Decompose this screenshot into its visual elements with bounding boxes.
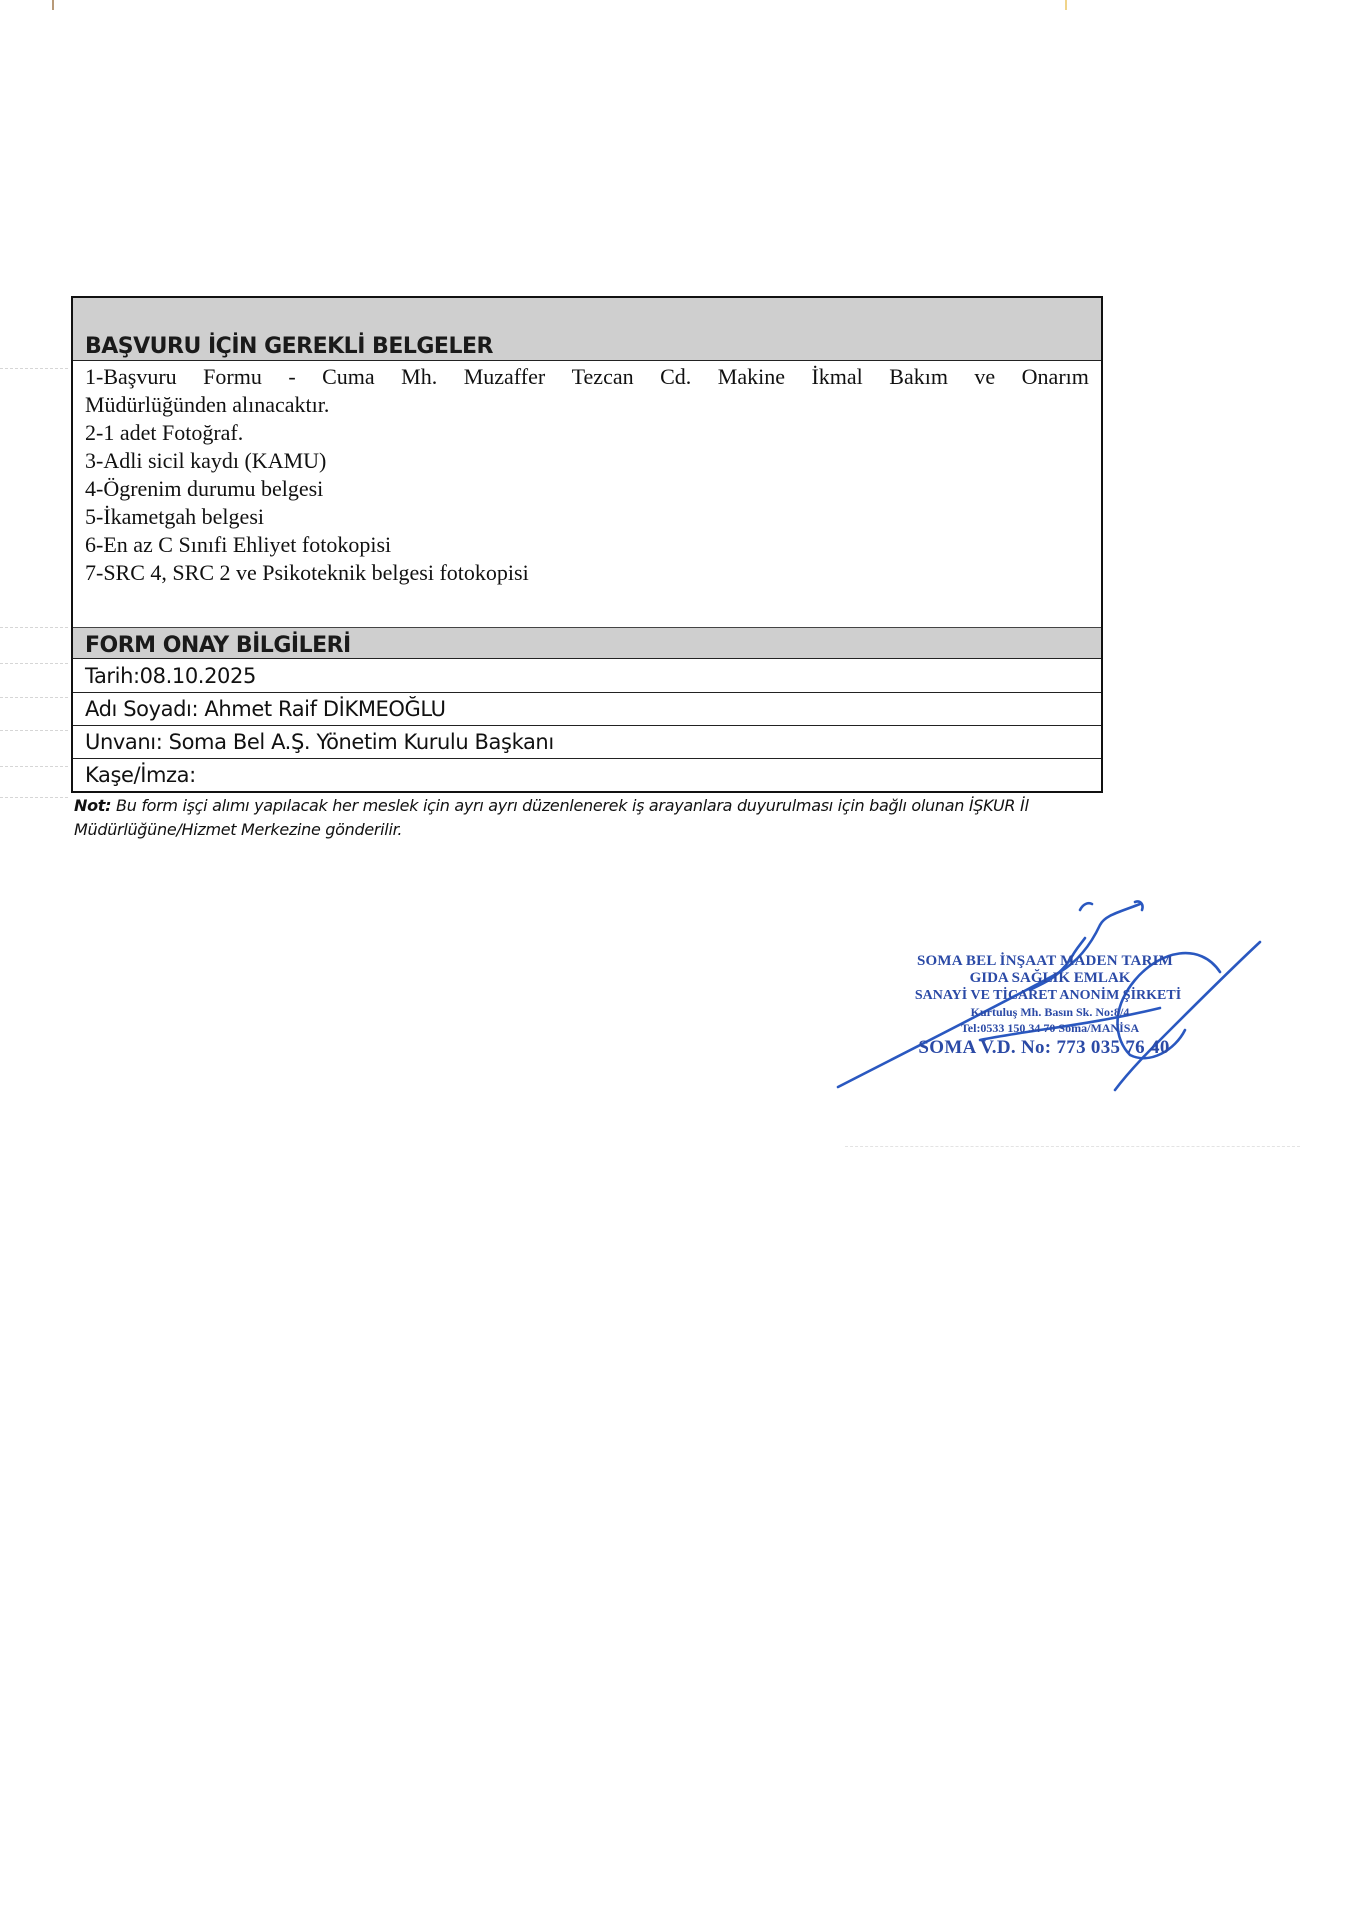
word: - bbox=[288, 363, 295, 391]
word: Bakım bbox=[889, 363, 948, 391]
stamp-line: GIDA SAĞLIK EMLAK bbox=[880, 970, 1220, 987]
word: Onarım bbox=[1022, 363, 1089, 391]
word: Makine bbox=[718, 363, 785, 391]
scan-artifact-line bbox=[0, 766, 68, 767]
list-item: 4-Ögrenim durumu belgesi bbox=[85, 475, 1089, 503]
scan-artifact-line bbox=[0, 627, 68, 628]
footnote-text: Bu form işçi alımı yapılacak her meslek … bbox=[111, 796, 1028, 815]
word: İkmal bbox=[811, 363, 862, 391]
required-documents-list: 1-Başvuru Formu - Cuma Mh. Muzaffer Tezc… bbox=[73, 361, 1101, 627]
footnote-line: Not: Bu form işçi alımı yapılacak her me… bbox=[74, 794, 1164, 818]
list-item: 7-SRC 4, SRC 2 ve Psikoteknik belgesi fo… bbox=[85, 559, 1089, 587]
name-value: Adı Soyadı: Ahmet Raif DİKMEOĞLU bbox=[85, 697, 446, 721]
section-title: BAŞVURU İÇİN GEREKLİ BELGELER bbox=[85, 334, 493, 359]
footnote-line: Müdürlüğüne/Hizmet Merkezine gönderilir. bbox=[74, 818, 1164, 842]
scan-artifact-line bbox=[845, 1146, 1300, 1147]
list-item: 2-1 adet Fotoğraf. bbox=[85, 419, 1089, 447]
scan-mark bbox=[1065, 0, 1067, 10]
scan-mark bbox=[52, 0, 54, 10]
list-item: 1-Başvuru Formu - Cuma Mh. Muzaffer Tezc… bbox=[85, 363, 1089, 391]
stamp-line: SANAYİ VE TİCARET ANONİM ŞİRKETİ bbox=[876, 987, 1220, 1004]
word: ve bbox=[974, 363, 995, 391]
word: Cuma bbox=[322, 363, 375, 391]
word: 1-Başvuru bbox=[85, 363, 177, 391]
footnote-label: Not: bbox=[74, 796, 111, 815]
stamp-line: Kurtuluş Mh. Basın Sk. No:8/4 bbox=[880, 1004, 1220, 1020]
form-approval-heading: FORM ONAY BİLGİLERİ bbox=[73, 627, 1101, 659]
title-value: Unvanı: Soma Bel A.Ş. Yönetim Kurulu Baş… bbox=[85, 730, 554, 754]
list-item-continuation: Müdürlüğünden alınacaktır. bbox=[85, 391, 1089, 419]
date-value: Tarih:08.10.2025 bbox=[85, 664, 256, 688]
required-documents-heading: BAŞVURU İÇİN GEREKLİ BELGELER bbox=[73, 298, 1101, 361]
list-item: 6-En az C Sınıfi Ehliyet fotokopisi bbox=[85, 531, 1089, 559]
title-row: Unvanı: Soma Bel A.Ş. Yönetim Kurulu Baş… bbox=[73, 725, 1101, 758]
stamp-signature-label: Kaşe/İmza: bbox=[85, 763, 196, 787]
word: Tezcan bbox=[572, 363, 634, 391]
footnote: Not: Bu form işçi alımı yapılacak her me… bbox=[74, 794, 1164, 842]
scan-artifact-line bbox=[0, 730, 68, 731]
list-item: 3-Adli sicil kaydı (KAMU) bbox=[85, 447, 1089, 475]
scan-artifact-line bbox=[0, 663, 68, 664]
stamp-line: Tel:0533 150 34 70 Soma/MANİSA bbox=[880, 1020, 1220, 1036]
scan-artifact-line bbox=[0, 797, 68, 798]
form-table: BAŞVURU İÇİN GEREKLİ BELGELER 1-Başvuru … bbox=[71, 296, 1103, 793]
word: Formu bbox=[203, 363, 262, 391]
company-stamp: SOMA BEL İNŞAAT MADEN TARIM GIDA SAĞLIK … bbox=[880, 952, 1220, 1060]
stamp-line: SOMA BEL İNŞAAT MADEN TARIM bbox=[870, 952, 1220, 970]
scan-artifact-line bbox=[0, 368, 68, 369]
word: Cd. bbox=[660, 363, 691, 391]
stamp-tax-number: SOMA V.D. No: 773 035 76 40 bbox=[868, 1036, 1220, 1060]
scan-artifact-line bbox=[0, 697, 68, 698]
list-item: 5-İkametgah belgesi bbox=[85, 503, 1089, 531]
date-row: Tarih:08.10.2025 bbox=[73, 659, 1101, 692]
name-row: Adı Soyadı: Ahmet Raif DİKMEOĞLU bbox=[73, 692, 1101, 725]
word: Mh. bbox=[401, 363, 437, 391]
word: Muzaffer bbox=[464, 363, 545, 391]
section-title: FORM ONAY BİLGİLERİ bbox=[85, 633, 351, 658]
stamp-signature-row: Kaşe/İmza: bbox=[73, 758, 1101, 791]
